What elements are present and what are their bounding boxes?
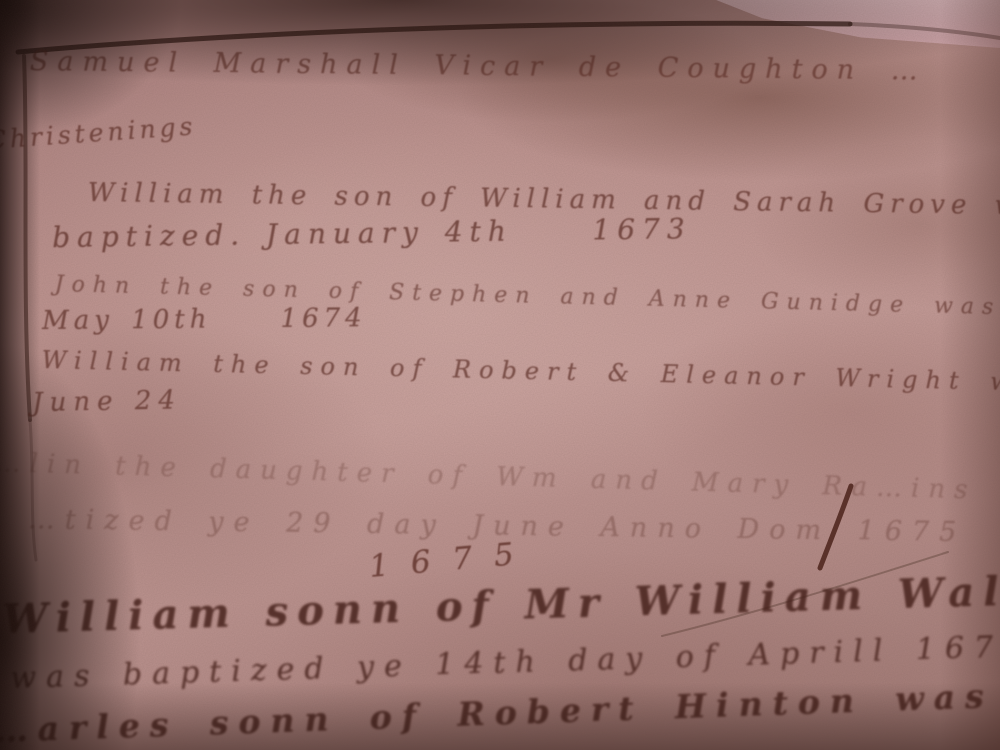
manuscript-line-vicar-heading: Samuel Marshall Vicar de Coughton … xyxy=(30,48,927,84)
manuscript-line-entry3-name: William the son of Robert & Eleanor Wrig… xyxy=(41,348,1000,397)
manuscript-line-section-heading: Christenings xyxy=(0,113,197,153)
manuscript-line-entry2-date: May 10th 1674 xyxy=(42,305,367,334)
manuscript-line-faint-entry-name: …lin the daughter of Wm and Mary Ra…ins … xyxy=(0,450,1000,506)
manuscript-line-entry4-name: William sonn of Mr William Walsing… xyxy=(2,567,1000,640)
manuscript-text-layer: Samuel Marshall Vicar de Coughton … Chri… xyxy=(0,0,1000,750)
manuscript-line-entry1-date: baptized. January 4th 1673 xyxy=(52,215,692,252)
manuscript-photo: Samuel Marshall Vicar de Coughton … Chri… xyxy=(0,0,1000,750)
manuscript-line-entry3-date: June 24 xyxy=(32,387,182,416)
manuscript-line-year-heading: 1675 xyxy=(368,537,537,582)
